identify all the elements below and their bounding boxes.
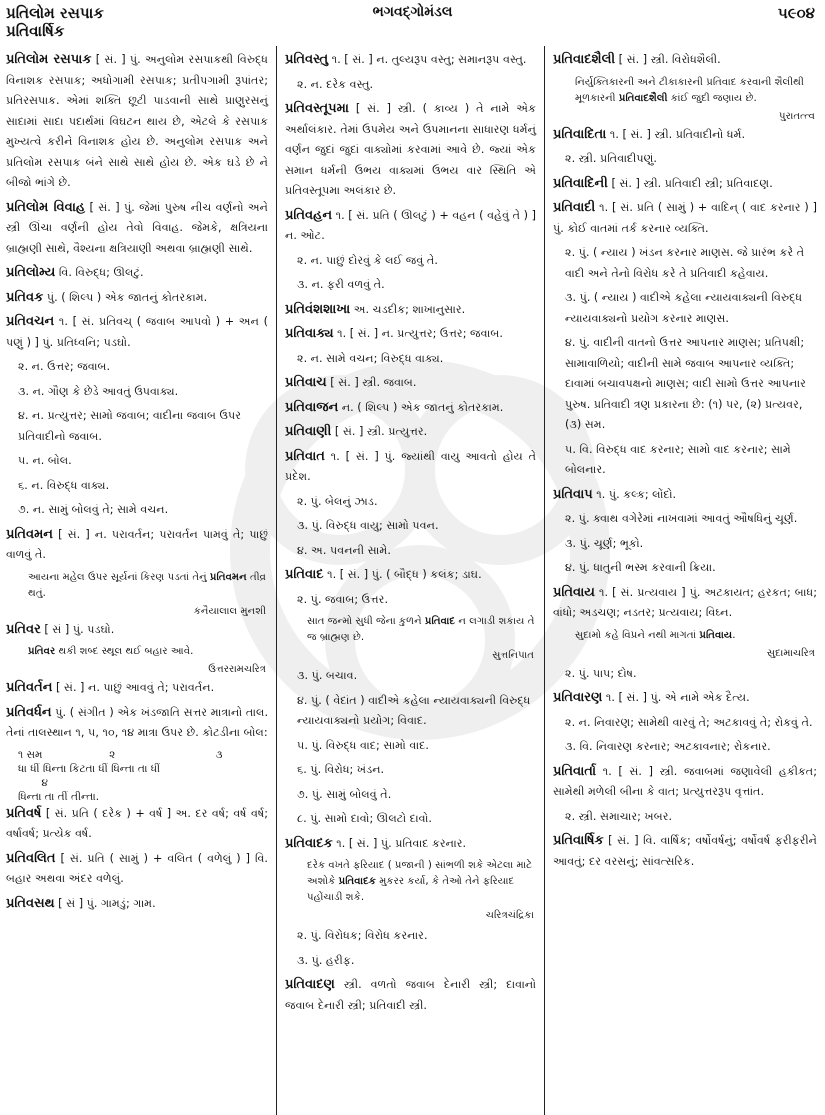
book-title: ભગવદ્ગોમંડલ <box>0 4 825 20</box>
headword: પ્રતિવાર્ષિક <box>553 833 604 848</box>
headword: પ્રતિવંશશાખા <box>285 302 350 317</box>
sense: ૪. પું. ( વેદાંત ) વાદીએ કહેલા ન્યાયવાક્… <box>285 691 536 732</box>
sense: ૩. ન. ગૌણ કે છેડે આવતું ઉપવાક્ય. <box>6 382 268 403</box>
definition: ૧. [ સં. ] પું. પ્રતિવાદ કરનાર. <box>333 837 466 850</box>
dictionary-entry: પ્રતિવાદક ૧. [ સં. ] પું. પ્રતિવાદ કરનાર… <box>285 834 536 855</box>
last-guide-word: પ્રતિવાર્ષિક <box>6 22 104 40</box>
column-2: પ્રતિવસ્તુ ૧. [ સં. ] ન. તુલ્યરૂપ વસ્તુ;… <box>277 46 545 1115</box>
headword: પ્રતિવસ્તુ <box>285 52 328 67</box>
sense: ૮. પું. સામો દાવો; ઊલટો દાવો. <box>285 809 536 830</box>
headword: પ્રતિવર <box>6 622 41 637</box>
dictionary-entry: પ્રતિવાદિની [ સં. ] સ્ત્રી. પ્રતિવાદી સ્… <box>553 174 817 195</box>
sense: ૩. પું. હરીફ. <box>285 951 536 972</box>
headword: પ્રતિલોમ્ય <box>6 265 55 280</box>
sense: ૨. ન. નિવારણ; સામેથી વારવું તે; અટકાવવું… <box>553 713 817 734</box>
citation: સાત જન્મો સુધી જેના કુળને પ્રતિવાદ ન લગા… <box>285 614 536 646</box>
sense: ૨. પું. ક્વાથ વગેરેમાં નાખવામાં આવતું ઔષ… <box>553 509 817 530</box>
definition: [ સં. ] સ્ત્રી. પ્રત્યુત્તર. <box>331 425 427 438</box>
dictionary-entry: પ્રતિવર્ષ [ સં. પ્રતિ ( દરેક ) + વર્ષ ] … <box>6 804 268 845</box>
citation: આયના મહેલ ઉપર સૂર્યનાં કિરણ પડતાં તેનું … <box>6 570 268 602</box>
sense: ૩. પું. વિરુદ્ધ વાયુ; સામો પવન. <box>285 516 536 537</box>
headword: પ્રતિવાય <box>553 585 595 600</box>
headword: પ્રતિવાપ <box>553 487 593 502</box>
dictionary-entry: પ્રતિવાચ [ સં. ] સ્ત્રી. જવાબ. <box>285 373 536 394</box>
dictionary-entry: પ્રતિવક પું. ( શિલ્પ ) એક જાતનું કોતરકામ… <box>6 288 268 309</box>
sense: ૨. ન. પાછું દોરવું કે લઈ જવું તે. <box>285 251 536 272</box>
definition: [ સં. ] સ્ત્રી. પ્રતિવાદી સ્ત્રી; પ્રતિવ… <box>608 177 773 190</box>
sense: ૨. ન. સામે વચન; વિરુદ્ધ વાક્ય. <box>285 349 536 370</box>
sense: ૨. પું. ( ન્યાય ) ખંડન કરનાર માણસ. જે પ્… <box>553 243 817 284</box>
sense: ૭. ન. સામું બોલવું તે; સામે વચન. <box>6 500 268 521</box>
citation: પ્રતિવર થકી શબ્દ સ્થૂલ થઈ બહાર આવે. <box>6 644 268 660</box>
tala-bols: ધા ધીં ધિન્તા કિટતા ધીં ધિન્તા તા ધીં <box>18 762 268 776</box>
definition: [ સં ] પું. પડઘો. <box>41 623 114 636</box>
dictionary-entry: પ્રતિલોમ રસપાક [ સં. ] પું. અનુલોમ રસપાક… <box>6 50 268 194</box>
sense: ૪. પું. વાદીની વાતનો ઉત્તર આપનાર માણસ; પ… <box>553 333 817 436</box>
sense: ૨. ન. ઉત્તર; જવાબ. <box>6 357 268 378</box>
sense: ૫. વિ. વિરુદ્ધ વાદ કરનાર; સામો વાદ કરનાર… <box>553 440 817 481</box>
headword: પ્રતિવસ્તૂપમા <box>285 101 349 116</box>
citation-source: સુત્તનિપાત <box>285 648 536 664</box>
sense: ૨. સ્ત્રી. સમાચાર; ખબર. <box>553 807 817 828</box>
definition: [ સં ] પું. ગામડું; ગામ. <box>55 897 156 910</box>
dictionary-entry: પ્રતિવાર્તા ૧. [ સં. ] સ્ત્રી. જવાબમાં જ… <box>553 762 817 803</box>
sense: ૪. ન. પ્રત્યુત્તર; સામો જવાબ; વાદીના જવા… <box>6 406 268 447</box>
citation-source: કનૈયાલાલ મુનશી <box>6 604 268 620</box>
tala-notation: ૧ સમ ૨ ૩ ધા ધીં ધિન્તા કિટતા ધીં ધિન્તા … <box>6 748 268 804</box>
headword: પ્રતિવારણ <box>553 690 602 705</box>
tala-marks: ૪ <box>18 776 268 790</box>
headword: પ્રતિવાદ <box>285 567 324 582</box>
citation: સુદામો કહે વિપ્રને નથી માગતાં પ્રતિવાય. <box>553 628 817 644</box>
headword: પ્રતિવાદણ <box>285 977 335 992</box>
headword: પ્રતિવર્ધન <box>6 705 52 720</box>
definition: પું. ( શિલ્પ ) એક જાતનું કોતરકામ. <box>43 291 207 304</box>
sense: ૨. સ્ત્રી. પ્રતિવાદીપણું. <box>553 149 817 170</box>
headword: પ્રતિવર્ષ <box>6 806 41 821</box>
citation-source: સુદામાચરિત્ર <box>553 646 817 662</box>
dictionary-entry: પ્રતિવર્ધન પું. ( સંગીત ) એક ખંડજાતિ સત્… <box>6 703 268 744</box>
tala-bols: ધિન્તા તા તીં તીન્તા. <box>18 790 268 804</box>
dictionary-entry: પ્રતિવાદ ૧. [ સં. ] પું. ( બૌદ્ધ ) કલંક;… <box>285 565 536 586</box>
sense: ૩. પું. ચૂર્ણ; ભૂકો. <box>553 534 817 555</box>
sense: ૨. પું. વિરોધક; વિરોધ કરનાર. <box>285 926 536 947</box>
dictionary-entry: પ્રતિવાદી ૧. [ સં. પ્રતિ ( સામું ) + વાદ… <box>553 198 817 239</box>
definition: ૧. પું. કલ્ક; લોંદો. <box>593 488 676 501</box>
headword: પ્રતિલોમ રસપાક <box>6 52 92 67</box>
headword: પ્રતિવાત <box>285 449 325 464</box>
citation-source: પુરાતત્ત્વ <box>553 109 817 125</box>
definition: [ સં. ] સ્ત્રી. જવાબ. <box>327 376 417 389</box>
page-header: પ્રતિલોમ રસપાક પ્રતિવાર્ષિક ભગવદ્ગોમંડલ … <box>0 0 825 48</box>
dictionary-entry: પ્રતિવાપ ૧. પું. કલ્ક; લોંદો. <box>553 485 817 506</box>
headword: પ્રતિવાક્ય <box>285 326 334 341</box>
definition: [ સં. ] ન. પાછું આવવું તે; પરાવર્તન. <box>52 681 214 694</box>
definition: ૧. [ સં. ] પું. ( બૌદ્ધ ) કલંક; ડાઘ. <box>324 568 482 581</box>
definition: ન. ( શિલ્પ ) એક જાતનું કોતરકામ. <box>338 401 503 414</box>
column-1: પ્રતિલોમ રસપાક [ સં. ] પું. અનુલોમ રસપાક… <box>0 46 277 1115</box>
headword: પ્રતિવર્તન <box>6 680 52 695</box>
sense: ૨. ન. દરેક વસ્તુ. <box>285 75 536 96</box>
dictionary-entry: પ્રતિવહન ૧. [ સં. પ્રતિ ( ઊલટું ) + વહન … <box>285 206 536 247</box>
headword: પ્રતિવાણી <box>285 424 331 439</box>
definition: ૧. [ સં. ] પું. એ નામે એક દૈત્ય. <box>602 691 749 704</box>
dictionary-entry: પ્રતિવાણી [ સં. ] સ્ત્રી. પ્રત્યુત્તર. <box>285 422 536 443</box>
dictionary-entry: પ્રતિવર [ સં ] પું. પડઘો. <box>6 620 268 641</box>
dictionary-entry: પ્રતિવચન ૧. [ સં. પ્રતિવચ્ ( જવાબ આપવો )… <box>6 312 268 353</box>
sense: ૪. પું. ધાતુની ભસ્મ કરવાની ક્રિયા. <box>553 558 817 579</box>
dictionary-entry: પ્રતિલોમ વિવાહ [ સં. ] પું. જેમાં પુરુષ … <box>6 198 268 260</box>
headword: પ્રતિવમન <box>6 527 53 542</box>
sense: ૫. ન. બોલ. <box>6 451 268 472</box>
dictionary-entry: પ્રતિવર્તન [ સં. ] ન. પાછું આવવું તે; પર… <box>6 678 268 699</box>
sense: ૪. અ. પવનની સામે. <box>285 541 536 562</box>
sense: ૨. પું. જવાબ; ઉત્તર. <box>285 590 536 611</box>
definition: અ. ચડદીક; શાખાનુસાર. <box>350 303 465 316</box>
citation-source: ચરિત્રચંદ્રિકા <box>285 908 536 924</box>
definition: [ સં. ] સ્ત્રી. ( કાવ્ય ) તે નામે એક અર્… <box>285 102 536 197</box>
sense: ૬. ન. વિરુદ્ધ વાક્ય. <box>6 476 268 497</box>
dictionary-entry: પ્રતિવાય ૧. [ સં. પ્રત્યવાય ] પું. અટકાય… <box>553 583 817 624</box>
tala-marks: ૧ સમ ૨ ૩ <box>18 748 268 762</box>
sense: ૬. પું. વિરોધ; ખંડન. <box>285 760 536 781</box>
dictionary-entry: પ્રતિવલિત [ સં. પ્રતિ ( સામું ) + વલિત (… <box>6 849 268 890</box>
dictionary-entry: પ્રતિવસ્તૂપમા [ સં. ] સ્ત્રી. ( કાવ્ય ) … <box>285 99 536 202</box>
dictionary-entry: પ્રતિવાદિતા ૧. [ સં. ] સ્ત્રી. પ્રતિવાદી… <box>553 125 817 146</box>
dictionary-entry: પ્રતિવંશશાખા અ. ચડદીક; શાખાનુસાર. <box>285 300 536 321</box>
definition: [ સં. ] સ્ત્રી. વિરોધશૈલી. <box>615 53 721 66</box>
dictionary-entry: પ્રતિવાક્ય ૧. [ સં. ] ન. પ્રત્યુત્તર; ઉત… <box>285 324 536 345</box>
sense: ૨. પું. પાપ; દોષ. <box>553 664 817 685</box>
sense: ૫. પું. વિરુદ્ધ વાદ; સામો વાદ. <box>285 736 536 757</box>
headword: પ્રતિવાદી <box>553 200 595 215</box>
dictionary-entry: પ્રતિવાત ૧. [ સં. ] પું. જ્યાંથી વાયુ આવ… <box>285 447 536 488</box>
headword: પ્રતિવહન <box>285 208 332 223</box>
dictionary-entry: પ્રતિવાદણ સ્ત્રી. વળતો જવાબ દેનારી સ્ત્ર… <box>285 975 536 1016</box>
definition: [ સં. ] પું. અનુલોમ રસપાકથી વિરુદ્ધ વિના… <box>6 53 268 189</box>
dictionary-entry: પ્રતિવારણ ૧. [ સં. ] પું. એ નામે એક દૈત્… <box>553 688 817 709</box>
page-number: ૫૯૦૪ <box>778 4 815 22</box>
column-3: પ્રતિવાદશૈલી [ સં. ] સ્ત્રી. વિરોધશૈલી. … <box>545 46 825 1115</box>
headword: પ્રતિવસથ <box>6 896 55 911</box>
sense: ૩. પું. બચાવ. <box>285 666 536 687</box>
headword: પ્રતિવક <box>6 290 43 305</box>
dictionary-entry: પ્રતિવસથ [ સં ] પું. ગામડું; ગામ. <box>6 894 268 915</box>
headword: પ્રતિવાજન <box>285 400 338 415</box>
definition: ૧. [ સં. ] ન. પ્રત્યુત્તર; ઉત્તર; જવાબ. <box>334 327 503 340</box>
headword: પ્રતિવાદિતા <box>553 127 606 142</box>
dictionary-entry: પ્રતિવાજન ન. ( શિલ્પ ) એક જાતનું કોતરકામ… <box>285 398 536 419</box>
dictionary-columns: પ્રતિલોમ રસપાક [ સં. ] પું. અનુલોમ રસપાક… <box>0 46 825 1115</box>
citation: દરેક વખતે ફરિયાદ ( પ્રજાની ) સાંભળી શકે … <box>285 858 536 906</box>
sense: ૩. ન. ફરી વળવું તે. <box>285 275 536 296</box>
headword: પ્રતિવલિત <box>6 851 55 866</box>
definition: વિ. વિરુદ્ધ; ઊલટું. <box>55 266 143 279</box>
headword: પ્રતિવાદશૈલી <box>553 52 615 67</box>
definition: ૧. [ સં. ] સ્ત્રી. પ્રતિવાદીનો ધર્મ. <box>606 128 745 141</box>
sense: ૭. પું. સામું બોલવું તે. <box>285 785 536 806</box>
sense: ૩. પું. ( ન્યાય ) વાદીએ કહેલા ન્યાયવાક્ય… <box>553 288 817 329</box>
headword: પ્રતિવાદિની <box>553 176 608 191</box>
definition: [ સં. પ્રતિ ( દરેક ) + વર્ષ ] અ. દર વર્ષ… <box>6 807 268 841</box>
sense: ૨. પું. બેલનું ઝાડ. <box>285 492 536 513</box>
citation-source: ઉત્તરરામચરિત્ર <box>6 662 268 678</box>
headword: પ્રતિલોમ વિવાહ <box>6 200 85 215</box>
sense: ૩. વિ. નિવારણ કરનાર; અટકાવનાર; રોકનાર. <box>553 737 817 758</box>
headword: પ્રતિવચન <box>6 314 54 329</box>
dictionary-entry: પ્રતિવસ્તુ ૧. [ સં. ] ન. તુલ્યરૂપ વસ્તુ;… <box>285 50 536 71</box>
headword: પ્રતિવાચ <box>285 375 327 390</box>
dictionary-entry: પ્રતિવમન [ સં. ] ન. પરાવર્તન; પરાવર્તન પ… <box>6 525 268 566</box>
citation: નિર્યુક્તિકારની અને ટીકાકારની પ્રતિવાદ ક… <box>553 75 817 107</box>
dictionary-entry: પ્રતિવાર્ષિક [ સં. ] વિ. વાર્ષિક; વર્ષોવ… <box>553 831 817 872</box>
dictionary-entry: પ્રતિવાદશૈલી [ સં. ] સ્ત્રી. વિરોધશૈલી. <box>553 50 817 71</box>
headword: પ્રતિવાર્તા <box>553 764 596 779</box>
definition: ૧. [ સં. ] ન. તુલ્યરૂપ વસ્તુ; સમાનરૂપ વસ… <box>328 53 526 66</box>
dictionary-entry: પ્રતિલોમ્ય વિ. વિરુદ્ધ; ઊલટું. <box>6 263 268 284</box>
headword: પ્રતિવાદક <box>285 836 333 851</box>
